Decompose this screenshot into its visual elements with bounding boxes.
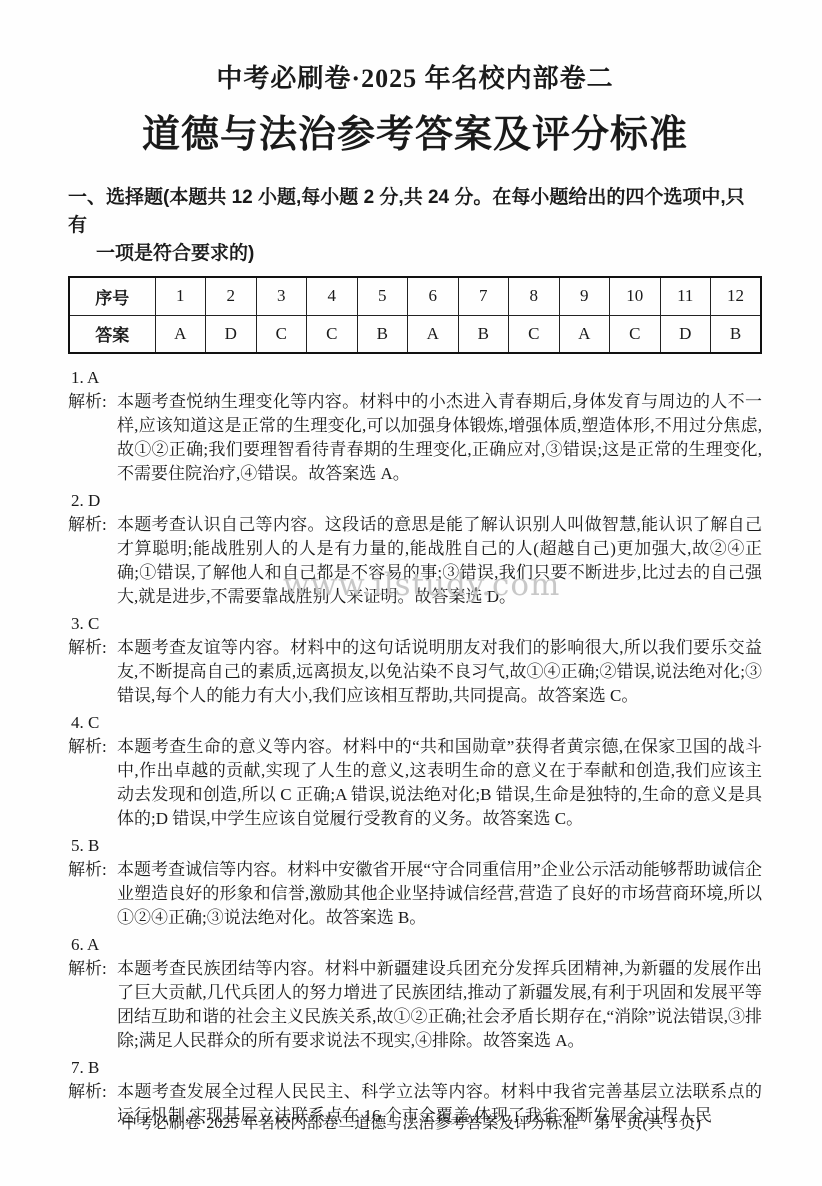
analysis-label: 解析: [68,1080,107,1104]
page-title: 道德与法治参考答案及评分标准 [68,114,762,156]
scanned-answer-page: 中考必刷卷·2025 年名校内部卷二 道德与法治参考答案及评分标准 一、选择题(… [0,0,822,1186]
answer-key-table: 序号 1 2 3 4 5 6 7 8 9 10 11 12 答案 A D C C… [68,276,762,354]
answer-cell: B [458,315,509,353]
answer-number: 6. A [71,933,762,957]
analysis-label: 解析: [68,513,107,537]
question-number: 3 [256,277,307,315]
analysis-text: 本题考查认识自己等内容。这段话的意思是能了解认识别人叫做智慧,能认识了解自己才算… [117,515,762,606]
analysis-text: 本题考查友谊等内容。材料中的这句话说明朋友对我们的影响很大,所以我们要乐交益友,… [117,638,762,705]
answer-number: 5. B [71,834,762,858]
explanation-paragraph: 解析: 本题考查友谊等内容。材料中的这句话说明朋友对我们的影响很大,所以我们要乐… [68,636,762,708]
analysis-label: 解析: [68,957,107,981]
explanation-block-3: 3. C 解析: 本题考查友谊等内容。材料中的这句话说明朋友对我们的影响很大,所… [68,612,762,708]
question-number: 2 [206,277,257,315]
answer-cell: C [610,315,661,353]
page-content: 中考必刷卷·2025 年名校内部卷二 道德与法治参考答案及评分标准 一、选择题(… [0,0,822,1128]
question-number: 6 [408,277,459,315]
row-label-answer: 答案 [69,315,155,353]
table-row-numbers: 序号 1 2 3 4 5 6 7 8 9 10 11 12 [69,277,761,315]
explanation-block-5: 5. B 解析: 本题考查诚信等内容。材料中安徽省开展“守合同重信用”企业公示活… [68,834,762,930]
question-number: 11 [660,277,711,315]
section-heading-line2: 一项是符合要求的) [68,240,762,268]
question-number: 5 [357,277,408,315]
answer-cell: A [408,315,459,353]
answer-cell: A [559,315,610,353]
explanation-paragraph: 解析: 本题考查民族团结等内容。材料中新疆建设兵团充分发挥兵团精神,为新疆的发展… [68,957,762,1053]
explanation-paragraph: 解析: 本题考查悦纳生理变化等内容。材料中的小杰进入青春期后,身体发育与周边的人… [68,390,762,486]
question-number: 10 [610,277,661,315]
answer-cell: A [155,315,206,353]
answer-number: 3. C [71,612,762,636]
section-heading-line1: 一、选择题(本题共 12 小题,每小题 2 分,共 24 分。在每小题给出的四个… [68,184,762,240]
question-number: 8 [509,277,560,315]
section-heading: 一、选择题(本题共 12 小题,每小题 2 分,共 24 分。在每小题给出的四个… [68,184,762,268]
question-number: 4 [307,277,358,315]
series-title: 中考必刷卷·2025 年名校内部卷二 [68,0,762,94]
explanation-block-6: 6. A 解析: 本题考查民族团结等内容。材料中新疆建设兵团充分发挥兵团精神,为… [68,933,762,1053]
answer-cell: C [307,315,358,353]
row-label-number: 序号 [69,277,155,315]
explanation-block-1: 1. A 解析: 本题考查悦纳生理变化等内容。材料中的小杰进入青春期后,身体发育… [68,366,762,486]
analysis-label: 解析: [68,636,107,660]
analysis-label: 解析: [68,735,107,759]
analysis-label: 解析: [68,858,107,882]
answer-cell: D [660,315,711,353]
answer-number: 7. B [71,1056,762,1080]
explanation-paragraph: 解析: 本题考查生命的意义等内容。材料中的“共和国勋章”获得者黄宗德,在保家卫国… [68,735,762,831]
explanation-block-2: 2. D 解析: 本题考查认识自己等内容。这段话的意思是能了解认识别人叫做智慧,… [68,489,762,609]
analysis-text: 本题考查民族团结等内容。材料中新疆建设兵团充分发挥兵团精神,为新疆的发展作出了巨… [117,959,762,1050]
analysis-text: 本题考查生命的意义等内容。材料中的“共和国勋章”获得者黄宗德,在保家卫国的战斗中… [117,737,762,828]
answer-number: 4. C [71,711,762,735]
question-number: 12 [711,277,762,315]
explanation-paragraph: 解析: 本题考查诚信等内容。材料中安徽省开展“守合同重信用”企业公示活动能够帮助… [68,858,762,930]
question-number: 1 [155,277,206,315]
question-number: 9 [559,277,610,315]
answer-cell: B [711,315,762,353]
page-footer: 中考必刷卷·2025 年名校内部卷二道德与法治参考答案及评分标准 第 1 页(共… [0,1114,822,1134]
table-row-answers: 答案 A D C C B A B C A C D B [69,315,761,353]
question-number: 7 [458,277,509,315]
answer-cell: C [256,315,307,353]
answer-cell: D [206,315,257,353]
answer-number: 2. D [71,489,762,513]
analysis-label: 解析: [68,390,107,414]
analysis-text: 本题考查诚信等内容。材料中安徽省开展“守合同重信用”企业公示活动能够帮助诚信企业… [117,860,762,927]
answer-cell: B [357,315,408,353]
answer-number: 1. A [71,366,762,390]
explanation-block-4: 4. C 解析: 本题考查生命的意义等内容。材料中的“共和国勋章”获得者黄宗德,… [68,711,762,831]
analysis-text: 本题考查悦纳生理变化等内容。材料中的小杰进入青春期后,身体发育与周边的人不一样,… [117,392,762,483]
answer-cell: C [509,315,560,353]
explanation-paragraph: 解析: 本题考查认识自己等内容。这段话的意思是能了解认识别人叫做智慧,能认识了解… [68,513,762,609]
explanation-list: 1. A 解析: 本题考查悦纳生理变化等内容。材料中的小杰进入青春期后,身体发育… [68,366,762,1128]
